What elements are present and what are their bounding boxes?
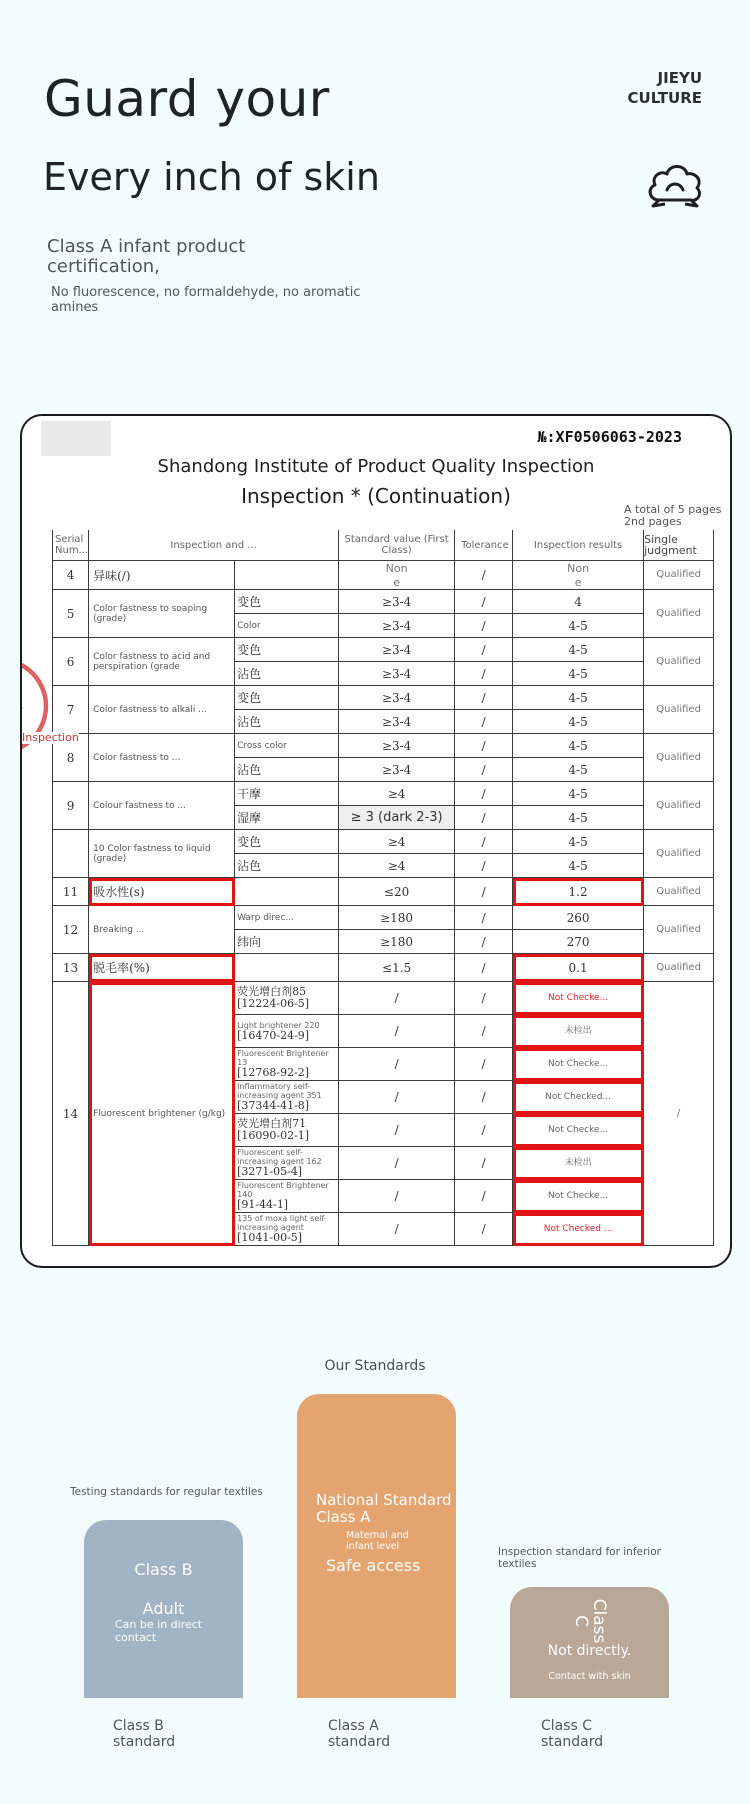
sub-item-cell: 沾色 [235,662,339,686]
judgment-cell: Qualified [644,954,714,982]
result-cell: Not Checke... [513,1180,644,1213]
certification-line: Class A infant product certification, [47,237,287,277]
table-row: 14Fluorescent brightener (g/kg)荧光增白剂85[1… [53,982,714,1015]
standard-cell: / [339,1048,455,1081]
standard-cell: / [339,1081,455,1114]
class-c-note: Inspection standard for inferior textile… [498,1546,668,1570]
tolerance-cell: / [455,561,513,590]
judgment-cell: / [644,982,714,1246]
class-a-footer: Class A standard [328,1718,408,1750]
result-cell: Not Checked... [513,1081,644,1114]
tolerance-cell: / [455,906,513,930]
standard-cell: None [339,561,455,590]
brightener-cell: Fluorescent self-increasing agent 162[32… [235,1147,339,1180]
tolerance-cell: / [455,806,513,830]
class-b-note: Testing standards for regular textiles [70,1486,263,1498]
result-cell: Not Checke... [513,982,644,1015]
judgment-cell: Qualified [644,906,714,954]
standard-cell: ≥180 [339,906,455,930]
serial-cell: 5 [53,590,89,638]
serial-cell [53,830,89,878]
item-cell: Color fastness to acid and perspiration … [89,638,235,686]
brightener-cell: Fluorescent Brightener 13[12768-92-2] [235,1048,339,1081]
sub-item-cell [235,561,339,590]
page-current: 2nd pages [624,516,721,528]
class-a-audience: Maternal and infant level [297,1530,416,1552]
item-cell: Color fastness to alkali ... [89,686,235,734]
standard-cell: ≥3-4 [339,590,455,614]
standard-cell: ≥3-4 [339,638,455,662]
result-cell: Not Checke... [513,1114,644,1147]
standard-cell: ≥ 3 (dark 2-3) [339,806,455,830]
judgment-cell: Qualified [644,734,714,782]
class-a-desc: Safe access [297,1556,456,1575]
standards-heading: Our Standards [0,1358,750,1374]
item-cell: Colour fastness to ... [89,782,235,830]
tolerance-cell: / [455,830,513,854]
sub-item-cell: 湿摩 [235,806,339,830]
item-cell: 脱毛率(%) [89,954,235,982]
standard-cell: ≥3-4 [339,662,455,686]
sub-item-cell: Warp direc... [235,906,339,930]
result-cell: 4-5 [513,830,644,854]
sub-item-cell [235,878,339,906]
header-serial: Serial Num... [53,530,89,561]
judgment-cell: Qualified [644,686,714,734]
result-cell: None [513,561,644,590]
result-cell: 260 [513,906,644,930]
cloud-face-icon [645,160,705,210]
result-cell: 4-5 [513,854,644,878]
serial-cell: 9 [53,782,89,830]
institute-logo [41,421,111,456]
judgment-cell: Qualified [644,590,714,638]
header-standard: Standard value (First Class) [339,530,455,561]
class-c-desc: Contact with skin [510,1671,669,1682]
stamp-label: Inspection [22,732,79,744]
standard-cell: / [339,1180,455,1213]
result-cell: 4-5 [513,758,644,782]
standard-cell: ≤20 [339,878,455,906]
tolerance-cell: / [455,1015,513,1048]
brand-line-1: JIEYU [628,68,702,88]
tolerance-cell: / [455,854,513,878]
tolerance-cell: / [455,590,513,614]
item-cell: Color fastness to ... [89,734,235,782]
header-result: Inspection results [513,530,644,561]
serial-cell: 12 [53,906,89,954]
standard-cell: ≥4 [339,854,455,878]
page-info: A total of 5 pages 2nd pages [624,504,721,528]
tolerance-cell: / [455,782,513,806]
sub-item-cell: 沾色 [235,710,339,734]
class-c-title: Class C [572,1595,608,1647]
hero-subtitle: Every inch of skin [43,155,380,199]
serial-cell: 11 [53,878,89,906]
class-b-footer: Class B standard [113,1718,193,1750]
certification-detail: No fluorescence, no formaldehyde, no aro… [51,285,361,315]
tolerance-cell: / [455,710,513,734]
sub-item-cell: 变色 [235,638,339,662]
serial-cell: 4 [53,561,89,590]
standard-cell: ≥3-4 [339,686,455,710]
tolerance-cell: / [455,1081,513,1114]
class-c-column: Class C Not directly. Contact with skin [510,1587,669,1698]
item-cell: Fluorescent brightener (g/kg) [89,982,235,1246]
standard-cell: ≥4 [339,830,455,854]
class-c-audience: Not directly. [510,1643,669,1659]
tolerance-cell: / [455,734,513,758]
tolerance-cell: / [455,662,513,686]
result-cell: Not Checked ... [513,1213,644,1246]
brightener-cell: 135 of moxa light self-increasing agent[… [235,1213,339,1246]
serial-cell: 14 [53,982,89,1246]
header-judgment: Single judgment [644,530,714,561]
table-row: 12Breaking ...Warp direc...≥180/260Quali… [53,906,714,930]
result-cell: 未检出 [513,1147,644,1180]
result-cell: 4 [513,590,644,614]
standard-cell: ≥3-4 [339,614,455,638]
tolerance-cell: / [455,1180,513,1213]
inspection-report-card: №:XF0506063-2023 Shandong Institute of P… [20,414,732,1268]
sub-item-cell [235,954,339,982]
table-row: 4异味(/)None/NoneQualified [53,561,714,590]
result-cell: 4-5 [513,734,644,758]
result-cell: 4-5 [513,638,644,662]
tolerance-cell: / [455,1114,513,1147]
tolerance-cell: / [455,878,513,906]
result-cell: 4-5 [513,782,644,806]
standard-cell: ≥3-4 [339,734,455,758]
result-cell: 1.2 [513,878,644,906]
header-tolerance: Tolerance [455,530,513,561]
brightener-cell: 荧光增白剂85[12224-06-5] [235,982,339,1015]
table-header-row: Serial Num... Inspection and ... Standar… [53,530,714,561]
judgment-cell: Qualified [644,561,714,590]
tolerance-cell: / [455,930,513,954]
result-cell: 未检出 [513,1015,644,1048]
sub-item-cell: 沾色 [235,854,339,878]
sub-item-cell: 干摩 [235,782,339,806]
result-cell: 4-5 [513,710,644,734]
class-b-desc: Can be in direct contact [84,1618,215,1644]
class-c-footer: Class C standard [541,1718,621,1750]
hero-title: Guard your [44,70,330,128]
table-row: 6Color fastness to acid and perspiration… [53,638,714,662]
tolerance-cell: / [455,758,513,782]
result-cell: 270 [513,930,644,954]
standard-cell: ≥3-4 [339,710,455,734]
tolerance-cell: / [455,1213,513,1246]
sub-item-cell: 纬向 [235,930,339,954]
serial-cell: 13 [53,954,89,982]
table-row: 11吸水性(s)≤20/1.2Qualified [53,878,714,906]
tolerance-cell: / [455,982,513,1015]
table-row: 9Colour fastness to ...干摩≥4/4-5Qualified [53,782,714,806]
sub-item-cell: 变色 [235,686,339,710]
sub-item-cell: Cross color [235,734,339,758]
report-number: №:XF0506063-2023 [538,428,683,446]
judgment-cell: Qualified [644,782,714,830]
standard-cell: ≥180 [339,930,455,954]
result-cell: Not Checke... [513,1048,644,1081]
tolerance-cell: / [455,1147,513,1180]
standard-cell: ≤1.5 [339,954,455,982]
table-row: 7Color fastness to alkali ...变色≥3-4/4-5Q… [53,686,714,710]
table-row: 13脱毛率(%)≤1.5/0.1Qualified [53,954,714,982]
table-row: 8Color fastness to ...Cross color≥3-4/4-… [53,734,714,758]
class-a-column: National Standard Class A Maternal and i… [297,1394,456,1698]
standard-cell: / [339,982,455,1015]
standard-cell: ≥3-4 [339,758,455,782]
item-cell: 10 Color fastness to liquid (grade) [89,830,235,878]
official-stamp [20,636,52,776]
institute-name: Shandong Institute of Product Quality In… [22,456,730,477]
sub-item-cell: 沾色 [235,758,339,782]
brightener-cell: Light brightener 220[16470-24-9] [235,1015,339,1048]
standard-cell: / [339,1114,455,1147]
class-a-title: National Standard Class A [297,1492,456,1526]
judgment-cell: Qualified [644,830,714,878]
brightener-cell: 荧光增白剂71[16090-02-1] [235,1114,339,1147]
brand-line-2: CULTURE [628,88,702,108]
item-cell: 吸水性(s) [89,878,235,906]
item-cell: Color fastness to soaping (grade) [89,590,235,638]
serial-cell: 7 [53,686,89,734]
standard-cell: / [339,1147,455,1180]
tolerance-cell: / [455,1048,513,1081]
item-cell: Breaking ... [89,906,235,954]
standard-cell: ≥4 [339,782,455,806]
tolerance-cell: / [455,614,513,638]
brightener-cell: Inflammatory self-increasing agent 351[3… [235,1081,339,1114]
sub-item-cell: 变色 [235,830,339,854]
judgment-cell: Qualified [644,878,714,906]
standard-cell: / [339,1213,455,1246]
brand-logo: JIEYU CULTURE [628,68,702,108]
result-cell: 0.1 [513,954,644,982]
inspection-table: Serial Num... Inspection and ... Standar… [52,530,714,1246]
header-item: Inspection and ... [89,530,339,561]
result-cell: 4-5 [513,614,644,638]
table-row: 5Color fastness to soaping (grade)变色≥3-4… [53,590,714,614]
serial-cell: 6 [53,638,89,686]
table-row: 10 Color fastness to liquid (grade)变色≥4/… [53,830,714,854]
tolerance-cell: / [455,954,513,982]
item-cell: 异味(/) [89,561,235,590]
class-b-title: Class B [84,1560,243,1579]
tolerance-cell: / [455,686,513,710]
brightener-cell: Fluorescent Brightener 140[91-44-1] [235,1180,339,1213]
result-cell: 4-5 [513,662,644,686]
class-b-audience: Adult [84,1599,243,1618]
judgment-cell: Qualified [644,638,714,686]
sub-item-cell: Color [235,614,339,638]
result-cell: 4-5 [513,686,644,710]
class-b-column: Class B Adult Can be in direct contact [84,1520,243,1698]
tolerance-cell: / [455,638,513,662]
sub-item-cell: 变色 [235,590,339,614]
result-cell: 4-5 [513,806,644,830]
standard-cell: / [339,1015,455,1048]
